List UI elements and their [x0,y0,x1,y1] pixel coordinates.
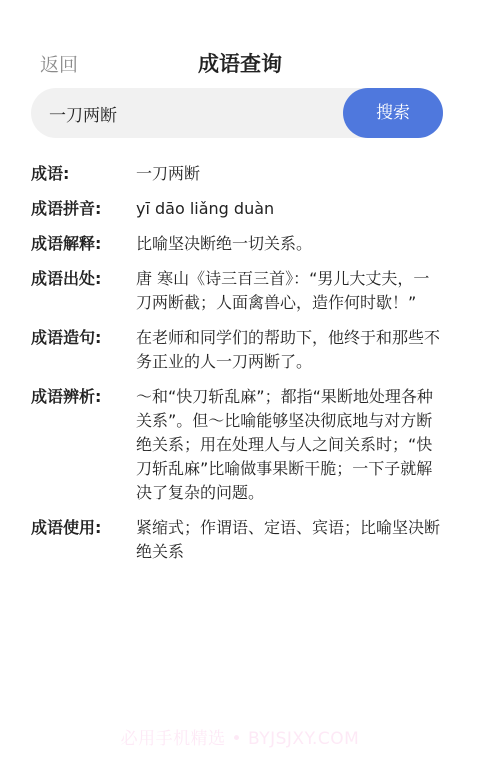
search-button[interactable]: 搜索 [343,88,443,138]
detail-value: ～和“快刀斩乱麻”；都指“果断地处理各种关系”。但～比喻能够坚决彻底地与对方断绝… [136,385,451,505]
detail-label: 成语出处: [31,267,136,315]
detail-value: 在老师和同学们的帮助下，他终于和那些不务正业的人一刀两断了。 [136,326,451,374]
detail-row-example: 成语造句: 在老师和同学们的帮助下，他终于和那些不务正业的人一刀两断了。 [31,326,451,374]
page-title: 成语查询 [0,48,480,78]
detail-value: yī dāo liǎng duàn [136,197,451,221]
detail-value: 比喻坚决断绝一切关系。 [136,232,451,256]
detail-value: 一刀两断 [136,162,451,186]
header: 返回 成语查询 [0,44,480,84]
detail-label: 成语解释: [31,232,136,256]
watermark: 必用手机精选 • BYJSJXY.COM [0,724,480,749]
detail-value: 紧缩式；作谓语、定语、宾语；比喻坚决断绝关系 [136,516,451,564]
detail-label: 成语使用: [31,516,136,564]
search-input[interactable] [49,88,339,138]
detail-row-usage: 成语使用: 紧缩式；作谓语、定语、宾语；比喻坚决断绝关系 [31,516,451,564]
detail-row-source: 成语出处: 唐 寒山《诗三百三首》：“男儿大丈夫，一刀两断截；人面禽兽心，造作何… [31,267,451,315]
detail-row-explanation: 成语解释: 比喻坚决断绝一切关系。 [31,232,451,256]
detail-row-analysis: 成语辨析: ～和“快刀斩乱麻”；都指“果断地处理各种关系”。但～比喻能够坚决彻底… [31,385,451,505]
search-bar: 搜索 [31,88,443,138]
detail-row-pinyin: 成语拼音: yī dāo liǎng duàn [31,197,451,221]
idiom-details: 成语: 一刀两断 成语拼音: yī dāo liǎng duàn 成语解释: 比… [31,162,451,575]
detail-label: 成语: [31,162,136,186]
detail-label: 成语造句: [31,326,136,374]
detail-label: 成语辨析: [31,385,136,505]
detail-label: 成语拼音: [31,197,136,221]
detail-row-idiom: 成语: 一刀两断 [31,162,451,186]
detail-value: 唐 寒山《诗三百三首》：“男儿大丈夫，一刀两断截；人面禽兽心，造作何时歇！” [136,267,451,315]
